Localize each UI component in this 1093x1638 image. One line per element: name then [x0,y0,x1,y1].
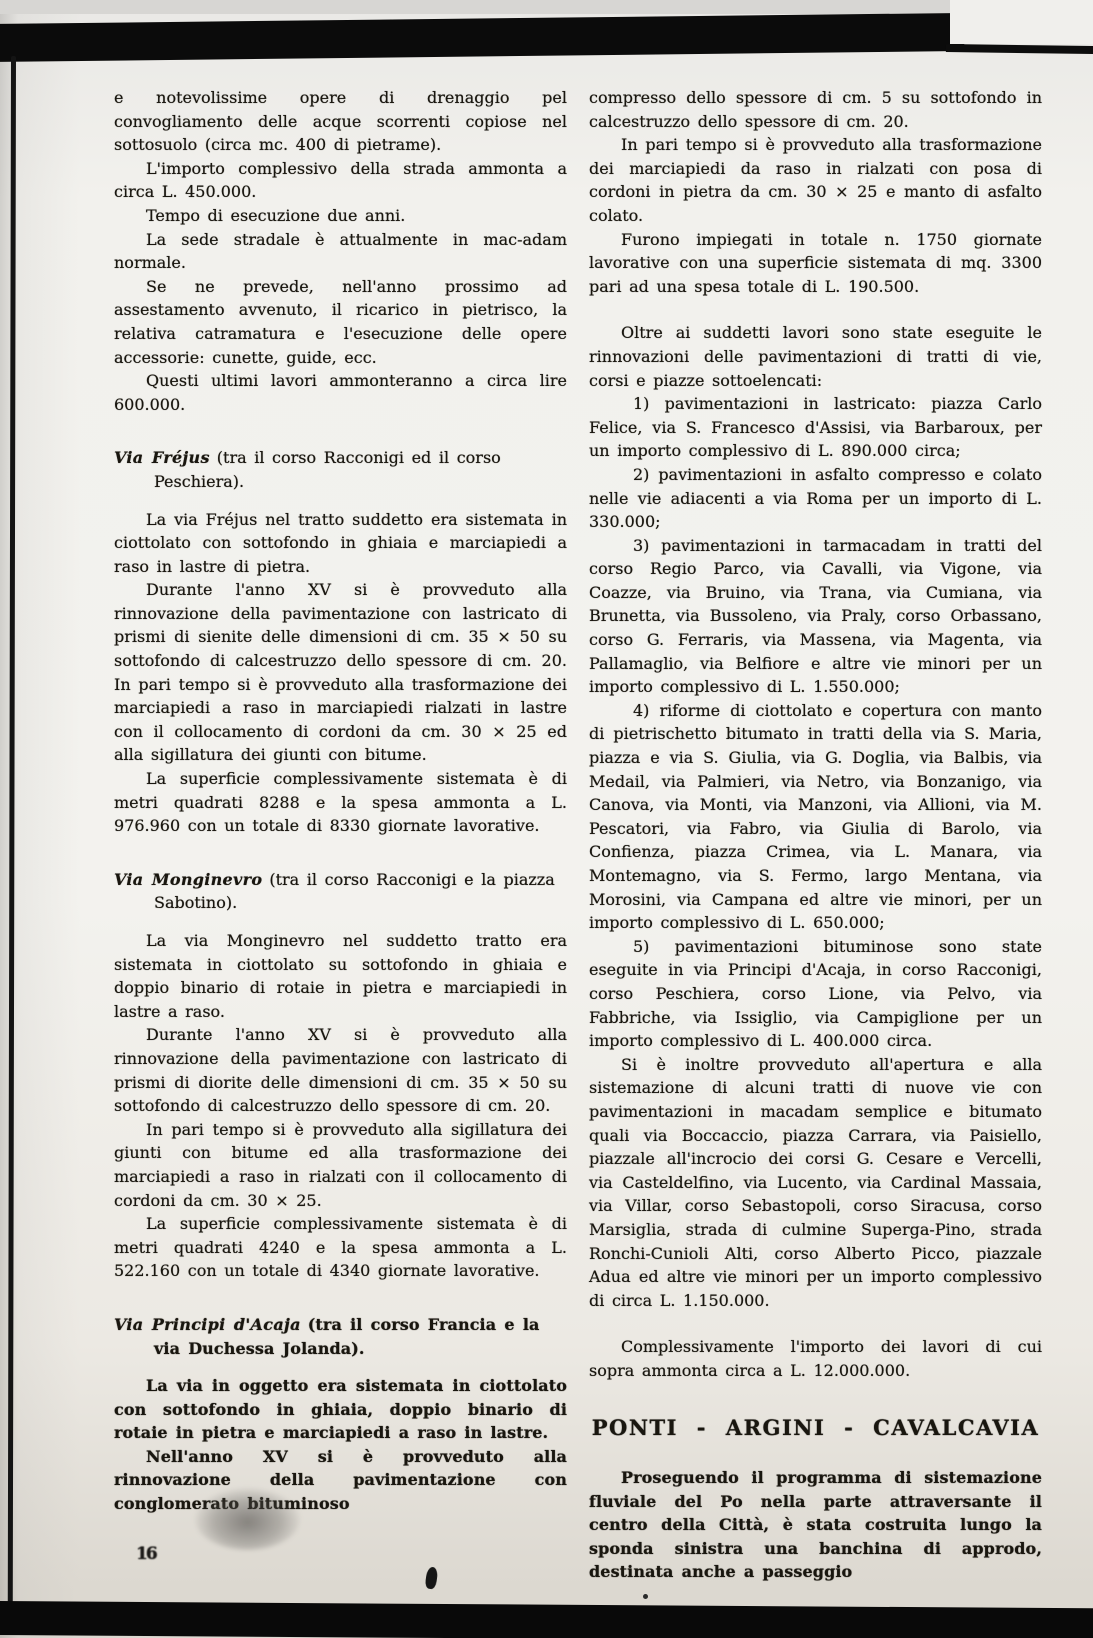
closing-paragraph: Proseguendo il programma di sistemazione… [589,1466,1042,1584]
street-heading-via-principi-dacaja: Via Principi d'Acaja(tra il corso Franci… [114,1313,567,1360]
paragraph: Se ne prevede, nell'anno prossimo ad ass… [114,275,567,369]
paragraph: Durante l'anno XV si è provveduto alla r… [114,578,567,767]
ink-speck [643,1594,648,1599]
paragraph: Oltre ai suddetti lavori sono state eseg… [589,321,1042,392]
list-item: 2) pavimentazioni in asfalto compresso e… [589,463,1042,534]
street-name: Via Principi d'Acaja [114,1315,301,1334]
paragraph: Tempo di esecuzione due anni. [114,204,567,228]
paragraph: e notevolissime opere di drenaggio pel c… [114,86,567,157]
list-item: 5) pavimentazioni bituminose sono state … [589,935,1042,1053]
paragraph: Complessivamente l'importo dei lavori di… [589,1335,1042,1382]
paragraph: In pari tempo si è provveduto alla trasf… [589,133,1042,227]
paragraph: L'importo complessivo della strada ammon… [114,157,567,204]
page-number: 16 [136,1544,156,1564]
paragraph: La via in oggetto era sistemata in ciott… [114,1374,567,1445]
list-item: 1) pavimentazioni in lastricato: piazza … [589,392,1042,463]
scan-edge-top [0,0,1093,14]
paragraph: Nell'anno XV si è provveduto alla rinnov… [114,1445,567,1516]
street-name: Via Fréjus [114,448,210,467]
ink-blot [195,1488,300,1550]
paragraph: Questi ultimi lavori ammonteranno a circ… [114,369,567,416]
right-text-column: compresso dello spessore di cm. 5 su sot… [589,86,1042,1584]
paragraph: La superficie complessivamente sistemata… [114,1212,567,1283]
paragraph: La superficie complessivamente sistemata… [114,767,567,838]
paragraph: Furono impiegati in totale n. 1750 giorn… [589,228,1042,299]
paragraph: compresso dello spessore di cm. 5 su sot… [589,86,1042,133]
street-heading-via-frejus: Via Fréjus(tra il corso Racconigi ed il … [114,446,567,493]
paragraph: La via Monginevro nel suddetto tratto er… [114,929,567,1023]
left-text-column: e notevolissime opere di drenaggio pel c… [114,86,567,1516]
street-name: Via Monginevro [114,870,262,889]
street-heading-via-monginevro: Via Monginevro(tra il corso Racconigi e … [114,868,567,915]
scan-corner-notch [950,0,1093,44]
paragraph: La sede stradale è attualmente in mac-ad… [114,228,567,275]
list-item: 4) riforme di ciottolato e copertura con… [589,699,1042,935]
section-heading-ponti-argini-cavalcavia: PONTI - ARGINI - CAVALCAVIA [589,1416,1042,1440]
paragraph: Durante l'anno XV si è provveduto alla r… [114,1023,567,1117]
paragraph: Si è inoltre provveduto all'apertura e a… [589,1053,1042,1313]
paragraph: In pari tempo si è provveduto alla sigil… [114,1118,567,1212]
list-item: 3) pavimentazioni in tarmacadam in tratt… [589,534,1042,699]
paragraph: La via Fréjus nel tratto suddetto era si… [114,508,567,579]
scan-black-border-bottom [0,1601,1093,1638]
